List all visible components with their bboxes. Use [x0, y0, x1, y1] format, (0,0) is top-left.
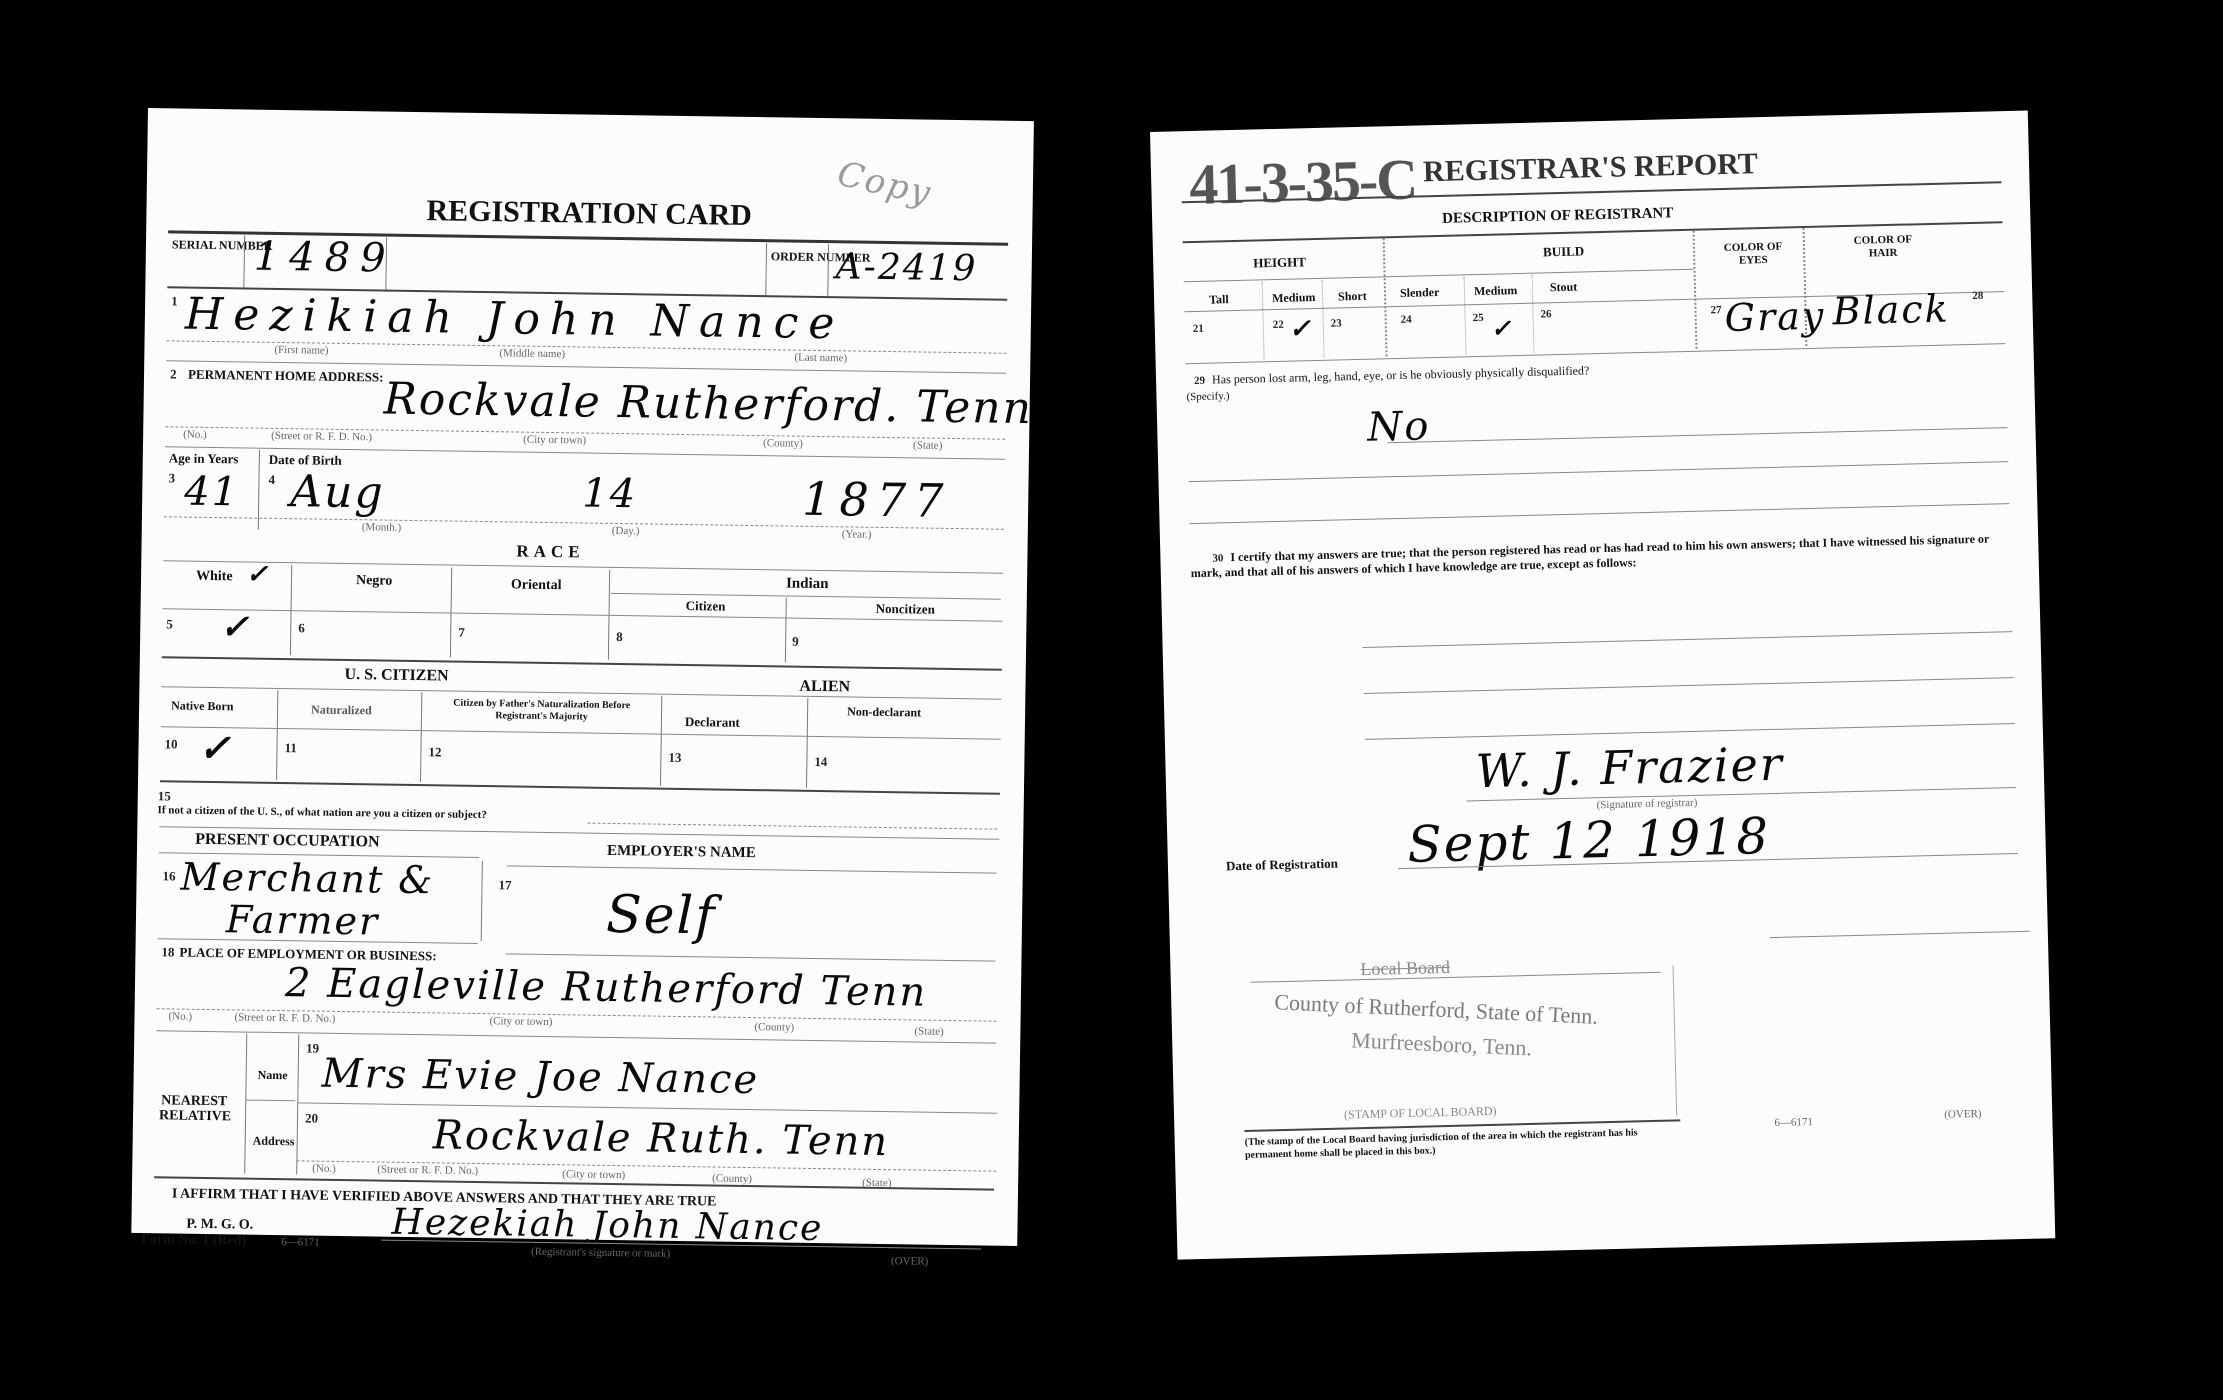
dob-day: 14 [582, 470, 638, 517]
home-address-label: PERMANENT HOME ADDRESS: [188, 367, 384, 386]
first-name-caption: (First name) [274, 344, 328, 357]
eye-color-value: Gray [1724, 294, 1826, 340]
field-number: 3 [168, 470, 175, 486]
date-of-registration-label: Date of Registration [1226, 856, 1338, 875]
print-code: 6—6171 [281, 1236, 320, 1249]
disability-question: Has person lost arm, leg, hand, eye, or … [1212, 363, 1590, 387]
field-number: 18 [161, 944, 174, 960]
height-tall-label: Tall [1209, 292, 1229, 307]
field-number: 8 [616, 629, 623, 645]
race-white-checkmark: ✓ [220, 607, 251, 647]
stamp-city-line: Murfreesboro, Tenn. [1351, 1027, 1533, 1061]
build-heading: BUILD [1543, 243, 1585, 260]
field-number: 23 [1331, 317, 1342, 329]
dob-year: 1877 [802, 472, 952, 528]
field-number: 20 [305, 1110, 318, 1126]
order-number-value: A-2419 [835, 246, 977, 289]
nearest-relative-label: NEAREST RELATIVE [159, 1093, 229, 1124]
stamp-footnote: (The stamp of the Local Board having jur… [1245, 1125, 1686, 1162]
address-caption-city: (City or town) [523, 434, 586, 447]
relative-name-value: Mrs Evie Joe Nance [321, 1051, 759, 1103]
build-medium-checkmark: ✓ [1491, 313, 1514, 343]
employment-caption-city: (City or town) [489, 1015, 552, 1028]
report-title: REGISTRAR'S REPORT [1423, 147, 1759, 189]
employment-caption-street: (Street or R. F. D. No.) [234, 1011, 335, 1024]
field-number: 19 [306, 1040, 319, 1056]
age-label: Age in Years [169, 450, 239, 467]
field-number: 21 [1193, 323, 1204, 335]
address-caption-no: (No.) [183, 429, 207, 441]
registrars-report-card: 41-3-35-C REGISTRAR'S REPORT DESCRIPTION… [1150, 111, 2055, 1260]
employment-caption-county: (County) [754, 1021, 794, 1034]
report-over-label: (OVER) [1944, 1108, 1982, 1121]
field-number: 10 [164, 736, 177, 752]
stamp-county-line: County of Rutherford, State of Tenn. [1274, 989, 1599, 1030]
race-oriental-label: Oriental [511, 577, 562, 594]
build-slender-label: Slender [1400, 285, 1440, 301]
signature-caption: (Registrant's signature or mark) [531, 1246, 670, 1260]
disability-specify: (Specify.) [1186, 390, 1229, 403]
field-number: 12 [428, 744, 441, 760]
relative-name-label: Name [258, 1068, 288, 1083]
address-caption-state: (State) [913, 439, 943, 451]
address-caption-street: (Street or R. F. D. No.) [271, 430, 372, 443]
race-white-label: White [196, 569, 233, 586]
race-heading: RACE [516, 542, 584, 563]
field-number: 1 [171, 293, 178, 309]
relative-caption-city: (City or town) [562, 1168, 625, 1181]
serial-number-value: 1489 [253, 234, 395, 282]
report-print-code: 6—6171 [1774, 1116, 1813, 1129]
race-indian-citizen-label: Citizen [686, 598, 726, 615]
checkmark-icon: ✓ [246, 560, 270, 590]
field-number: 25 [1472, 312, 1483, 324]
stamp-number: 41-3-35-C [1188, 146, 1416, 219]
non-declarant-label: Non-declarant [839, 704, 929, 719]
field-number: 17 [498, 877, 511, 893]
field-number: 4 [268, 472, 275, 488]
relative-caption-street: (Street or R. F. D. No.) [377, 1164, 478, 1177]
field-number: 6 [298, 620, 305, 636]
height-medium-label: Medium [1272, 290, 1316, 306]
serial-number-label: SERIAL NUMBER [172, 238, 244, 252]
field-number: 2 [170, 366, 177, 382]
field-number: 9 [792, 634, 799, 650]
over-label: (OVER) [891, 1255, 928, 1268]
citizen-by-father-label: Citizen by Father's Naturalization Befor… [429, 697, 654, 724]
employer-label: EMPLOYER'S NAME [607, 843, 756, 862]
eyes-heading: COLOR OF EYES [1713, 240, 1794, 268]
field-number: 27 [1710, 304, 1721, 316]
field-number: 5 [166, 616, 173, 632]
registrar-signature: W. J. Frazier [1475, 737, 1784, 799]
form-id-line1: P. M. G. O. [186, 1217, 253, 1234]
height-heading: HEIGHT [1253, 254, 1306, 271]
stamp-caption: (STAMP OF LOCAL BOARD) [1344, 1104, 1497, 1123]
certification-text: I certify that my answers are true; that… [1190, 531, 2010, 581]
field-number: 26 [1540, 308, 1551, 320]
field-number: 13 [668, 750, 681, 766]
hair-color-value: Black [1832, 287, 1950, 334]
native-born-checkmark: ✓ [198, 725, 233, 770]
occupation-line2: Farmer [226, 897, 380, 943]
height-short-label: Short [1338, 289, 1367, 305]
us-citizen-heading: U. S. CITIZEN [344, 666, 448, 686]
field-number: 14 [814, 754, 827, 770]
relative-address-label: Address [253, 1134, 295, 1150]
last-name-caption: (Last name) [794, 352, 847, 365]
build-medium-label: Medium [1474, 283, 1518, 299]
order-number-label: ORDER NUMBER [771, 250, 831, 264]
form-id-line2: Form No. 1 (Red) [141, 1232, 246, 1250]
employer-value: Self [606, 885, 717, 947]
dob-year-caption: (Year.) [842, 528, 872, 540]
declarant-label: Declarant [685, 714, 740, 731]
address-caption-county: (County) [763, 437, 803, 450]
field-number: 15 [158, 788, 171, 804]
field-number: 24 [1401, 314, 1412, 326]
height-medium-checkmark: ✓ [1289, 314, 1314, 345]
field-number: 11 [284, 740, 297, 756]
registrant-name: Hezikiah John Nance [185, 289, 845, 350]
relative-caption-no: (No.) [312, 1163, 336, 1175]
occupation-line1: Merchant & [180, 855, 434, 903]
field-number: 28 [1972, 290, 1983, 302]
age-value: 41 [184, 469, 240, 516]
native-born-label: Native Born [171, 698, 234, 714]
race-indian-noncitizen-label: Noncitizen [876, 601, 935, 618]
field-number: 22 [1273, 319, 1284, 331]
employment-caption-no: (No.) [168, 1010, 192, 1022]
relative-caption-county: (County) [712, 1172, 752, 1185]
home-address-value: Rockvale Rutherford. Tenn [383, 374, 1033, 435]
place-of-employment-value: 2 Eagleville Rutherford Tenn [285, 960, 928, 1016]
race-negro-label: Negro [356, 573, 393, 590]
naturalized-label: Naturalized [311, 702, 372, 718]
nation-question: If not a citizen of the U. S., of what n… [157, 804, 486, 821]
copy-note: Copy [834, 154, 936, 214]
dob-month-caption: (Month.) [362, 521, 402, 534]
card-title: REGISTRATION CARD [426, 194, 752, 233]
dob-day-caption: (Day.) [612, 525, 640, 537]
race-indian-label: Indian [786, 576, 829, 594]
description-heading: DESCRIPTION OF REGISTRANT [1442, 205, 1674, 228]
dob-month: Aug [290, 466, 385, 518]
middle-name-caption: (Middle name) [499, 347, 565, 360]
field-number: 7 [458, 625, 465, 641]
build-stout-label: Stout [1550, 280, 1578, 296]
employment-caption-state: (State) [914, 1025, 944, 1037]
occupation-label: PRESENT OCCUPATION [195, 831, 380, 852]
alien-heading: ALIEN [799, 678, 850, 697]
disability-answer: No [1367, 403, 1431, 451]
field-number: 16 [162, 868, 175, 884]
relative-address-value: Rockvale Ruth. Tenn [432, 1112, 889, 1165]
field-number: 29 [1194, 375, 1205, 387]
hair-heading: COLOR OF HAIR [1843, 233, 1924, 261]
registration-card: REGISTRATION CARD Copy SERIAL NUMBER 148… [131, 108, 1034, 1246]
